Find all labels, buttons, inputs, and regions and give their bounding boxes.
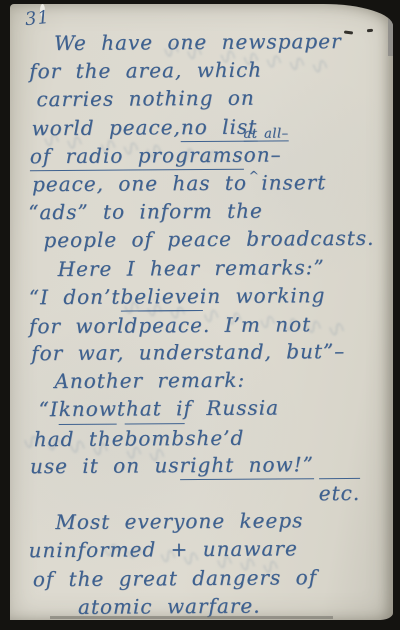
handwritten-text-segment: world peace, [32,113,181,142]
handwritten-text-segment: people of peace broadcasts. [43,224,374,255]
handwritten-line: of radio programsonat all–^ – [30,139,388,170]
handwritten-line: Another remark: [54,365,389,396]
handwritten-text-segment: for war, understand, but”– [31,337,345,367]
handwritten-text-segment: Most everyone keeps [55,506,303,536]
handwritten-line: use it on us right now!” [30,450,390,481]
handwritten-line: Most everyone keeps [55,506,390,537]
handwritten-text-segment: onat all–^ [244,140,271,168]
handwritten-text-segment: peace [138,310,203,340]
handwritten-line: people of peace broadcasts. [43,224,388,255]
handwritten-text-segment: We have one newspaper [54,27,342,57]
handwritten-line: of the great dangers of [33,562,391,593]
handwritten-line: We have one newspaper [54,27,387,58]
handwritten-text-segment: of the great dangers of [33,563,318,593]
handwritten-text-segment: carries nothing on [36,84,255,114]
handwritten-text-segment: – [270,140,281,168]
handwritten-line: “I don’t believe in working [29,280,389,311]
handwritten-line: for war, understand, but”– [31,337,389,368]
handwritten-text-segment: Another remark: [54,366,245,396]
handwritten-text-segment: use it on us [30,451,180,480]
handwritten-text-segment: that if Russia [117,394,279,423]
page-bottom-edge [50,616,333,619]
handwritten-text-segment: “I [38,395,58,423]
handwritten-text-segment: she’d [185,423,244,452]
handwritten-line: had the bomb she’d [34,421,390,452]
handwritten-text-segment: peace, one has to insert [32,168,326,198]
page-edge-strip [388,4,393,56]
handwritten-text-segment: etc. [319,478,361,507]
handwritten-text-block: We have one newspaperfor the area, which… [16,27,391,620]
handwritten-line: for world peace. I’m not [29,309,389,340]
handwritten-line: world peace, no list [32,111,388,142]
handwritten-text-segment: . I’m not [203,310,311,339]
handwritten-line: Here I hear remarks:” [58,252,389,282]
handwritten-text-segment: of radio programs [30,140,244,171]
handwritten-text-segment: “I don’t [29,282,121,311]
handwritten-text-segment: bomb [124,423,185,453]
handwritten-text-segment: uninformed + unaware [28,535,297,565]
scanned-notebook-page: ∿∿ ∿∿∿ ∿∿ ∿∿∿∿ ∿∿ ∿∿∿ ∿∿ ∿∿∿∿ ∿∿∿ ∿∿ ∿∿ … [10,4,393,620]
handwritten-text-segment: believe [120,282,200,312]
handwritten-text-segment: know [59,395,117,425]
handwritten-line: carries nothing on [36,83,387,114]
inserted-text-above-line: at all– [243,127,288,141]
handwritten-text-segment: Here I hear remarks:” [58,253,325,283]
handwritten-text-segment: in working [200,281,326,310]
handwritten-line: uninformed + unaware [28,534,390,565]
handwritten-line: etc. [19,478,360,509]
handwritten-text-segment: had the [34,424,125,453]
handwritten-text-segment: “ads” to inform the [28,197,263,227]
handwritten-line: “I know that if Russia [38,393,389,424]
handwritten-line: “ads” to inform the [28,196,388,227]
handwritten-text-segment: for world [29,311,138,340]
handwritten-text-segment: for the area, which [29,56,262,86]
handwritten-text-segment: right now!” [179,450,314,480]
page-number: 31 [24,7,51,30]
handwritten-line: peace, one has to insert [32,168,388,199]
handwritten-line: for the area, which [29,55,387,86]
